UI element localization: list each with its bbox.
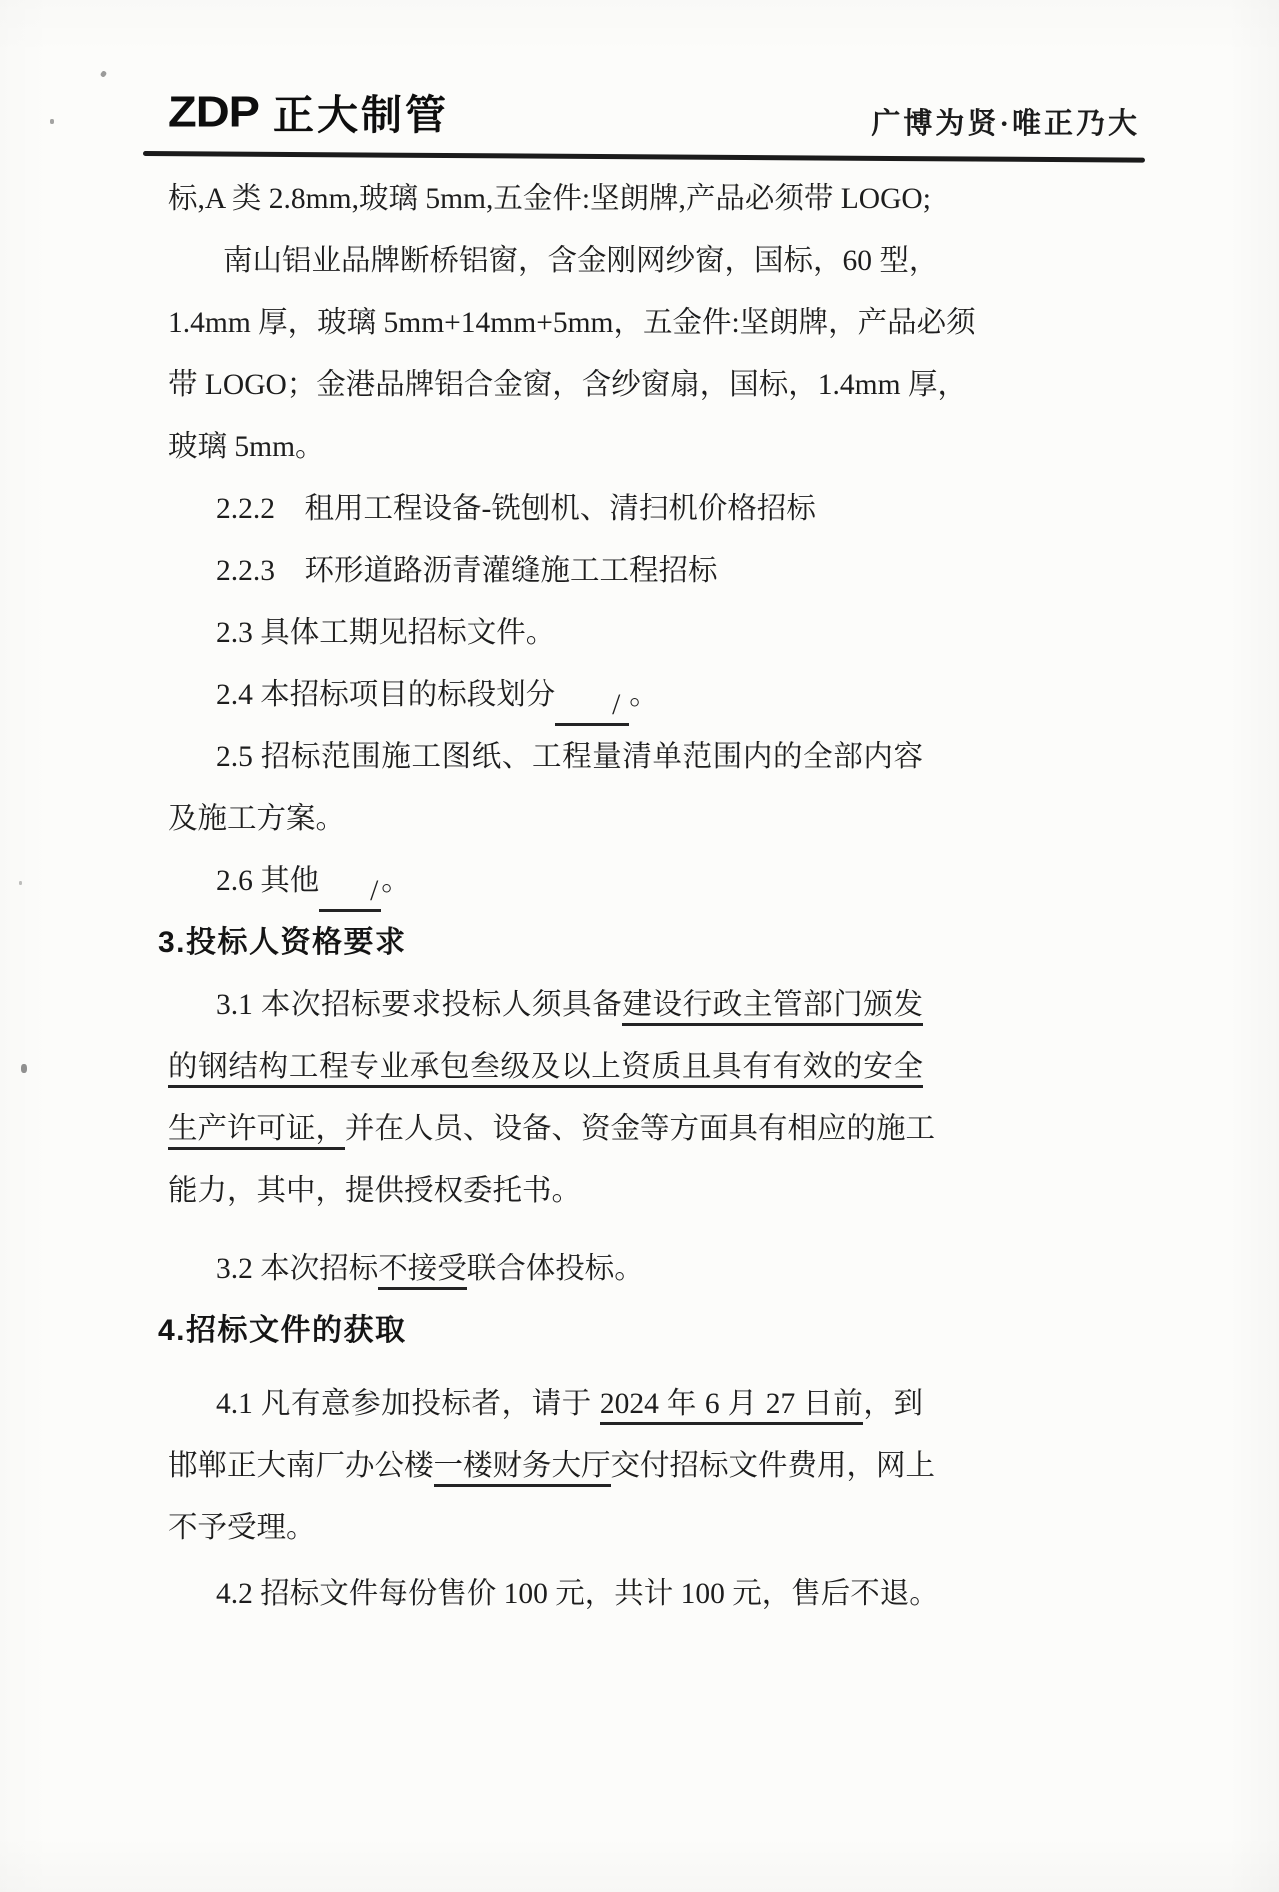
section-heading: 4.招标文件的获取 [158,1300,923,1362]
text-segment: 带 LOGO；金港品牌铝合金窗，含纱窗扇，国标，1.4mm 厚， [168,369,967,401]
text-segment: 2.2.3 环形道路沥青灌缝施工工程招标 [216,555,718,587]
underlined-text: 建设行政主管部门颁发 [622,989,923,1026]
text-segment: 3.投标人资格要求 [158,926,407,959]
text-segment: 2.2.2 租用工程设备-铣刨机、清扫机价格招标 [216,493,816,525]
document-line: 玻璃 5mm。 [168,416,923,478]
document-line: 3.2 本次招标不接受联合体投标。 [168,1238,923,1300]
text-segment: 。 [629,679,659,711]
underlined-text: 的钢结构工程专业承包叁级及以上资质且具有有效的安全 [168,1051,923,1088]
document-line: 不予受理。 [168,1497,923,1559]
document-line: 的钢结构工程专业承包叁级及以上资质且具有有效的安全 [168,1036,923,1098]
text-segment: 2.6 其他 [216,865,319,897]
document-line: 南山铝业品牌断桥铝窗，含金刚网纱窗，国标，60 型， [168,230,923,292]
text-segment: 2.4 本招标项目的标段划分 [216,679,555,711]
text-segment: 交付招标文件费用，网上 [611,1450,936,1482]
text-segment: 4.招标文件的获取 [158,1314,407,1347]
text-segment: 邯郸正大南厂办公楼 [168,1450,434,1482]
underlined-text: 2024 年 6 月 27 日前 [600,1388,864,1425]
document-line: 3.1 本次招标要求投标人须具备建设行政主管部门颁发 [168,974,923,1036]
scan-speck [19,881,22,885]
scan-speck [100,70,108,78]
letterhead: ZDP 正大制管 [168,82,449,141]
text-segment: 2.5 招标范围施工图纸、工程量清单范围内的全部内容 [216,741,923,773]
text-segment: 3.2 本次招标 [216,1253,378,1285]
scan-speck [21,1064,27,1073]
document-line: 能力，其中，提供授权委托书。 [168,1160,923,1222]
text-segment: 能力，其中，提供授权委托书。 [168,1175,581,1207]
underlined-text: 一楼财务大厅 [434,1450,611,1487]
text-segment: 及施工方案。 [168,803,345,835]
document-line: 2.2.2 租用工程设备-铣刨机、清扫机价格招标 [168,478,923,540]
document-line: 1.4mm 厚，玻璃 5mm+14mm+5mm，五金件:坚朗牌，产品必须 [168,292,923,354]
underlined-text: 不接受 [378,1253,467,1290]
text-segment: 2.3 具体工期见招标文件。 [216,617,555,649]
company-slogan: 广博为贤·唯正乃大 [640,101,1140,142]
text-segment: 联合体投标。 [467,1253,644,1285]
document-line: 2.3 具体工期见招标文件。 [168,602,923,664]
text-segment: 4.1 凡有意参加投标者，请于 [216,1388,600,1420]
document-line: 带 LOGO；金港品牌铝合金窗，含纱窗扇，国标，1.4mm 厚， [168,354,923,416]
underlined-text: 生产许可证， [168,1113,345,1150]
text-segment: 玻璃 5mm。 [168,431,325,463]
document-line: 标,A 类 2.8mm,玻璃 5mm,五金件:坚朗牌,产品必须带 LOGO; [168,168,923,230]
document-line: 生产许可证，并在人员、设备、资金等方面具有相应的施工 [168,1098,923,1160]
blank-slash: / [555,689,629,726]
text-segment: 南山铝业品牌断桥铝窗，含金刚网纱窗，国标，60 型， [223,245,938,277]
text-segment: 。 [381,865,411,897]
document-line: 4.1 凡有意参加投标者，请于 2024 年 6 月 27 日前，到 [168,1373,923,1435]
text-segment: 并在人员、设备、资金等方面具有相应的施工 [345,1113,935,1145]
text-segment: 不予受理。 [168,1512,316,1544]
text-segment: 标,A 类 2.8mm,玻璃 5mm,五金件:坚朗牌,产品必须带 LOGO; [168,183,931,215]
scanned-document-page: ZDP 正大制管 广博为贤·唯正乃大 标,A 类 2.8mm,玻璃 5mm,五金… [0,0,1279,1892]
zdp-logo: ZDP [168,86,259,137]
text-segment: 3.1 本次招标要求投标人须具备 [216,989,622,1021]
document-line: 2.6 其他/。 [168,850,923,912]
document-line: 4.2 招标文件每份售价 100 元，共计 100 元，售后不退。 [168,1563,923,1625]
document-line: 2.4 本招标项目的标段划分/。 [168,664,923,726]
blank-slash: / [319,875,381,912]
document-line: 及施工方案。 [168,788,923,850]
document-line: 2.5 招标范围施工图纸、工程量清单范围内的全部内容 [168,726,923,788]
scan-speck [50,119,54,124]
document-line: 2.2.3 环形道路沥青灌缝施工工程招标 [168,540,923,602]
text-segment: 4.2 招标文件每份售价 100 元，共计 100 元，售后不退。 [216,1578,939,1610]
text-segment: 1.4mm 厚，玻璃 5mm+14mm+5mm，五金件:坚朗牌，产品必须 [168,307,976,339]
header-divider [143,151,1145,163]
section-heading: 3.投标人资格要求 [158,912,923,974]
document-line: 邯郸正大南厂办公楼一楼财务大厅交付招标文件费用，网上 [168,1435,923,1497]
document-body: 标,A 类 2.8mm,玻璃 5mm,五金件:坚朗牌,产品必须带 LOGO;南山… [168,168,923,1625]
text-segment: ，到 [863,1388,923,1420]
company-name: 正大制管 [273,82,449,141]
